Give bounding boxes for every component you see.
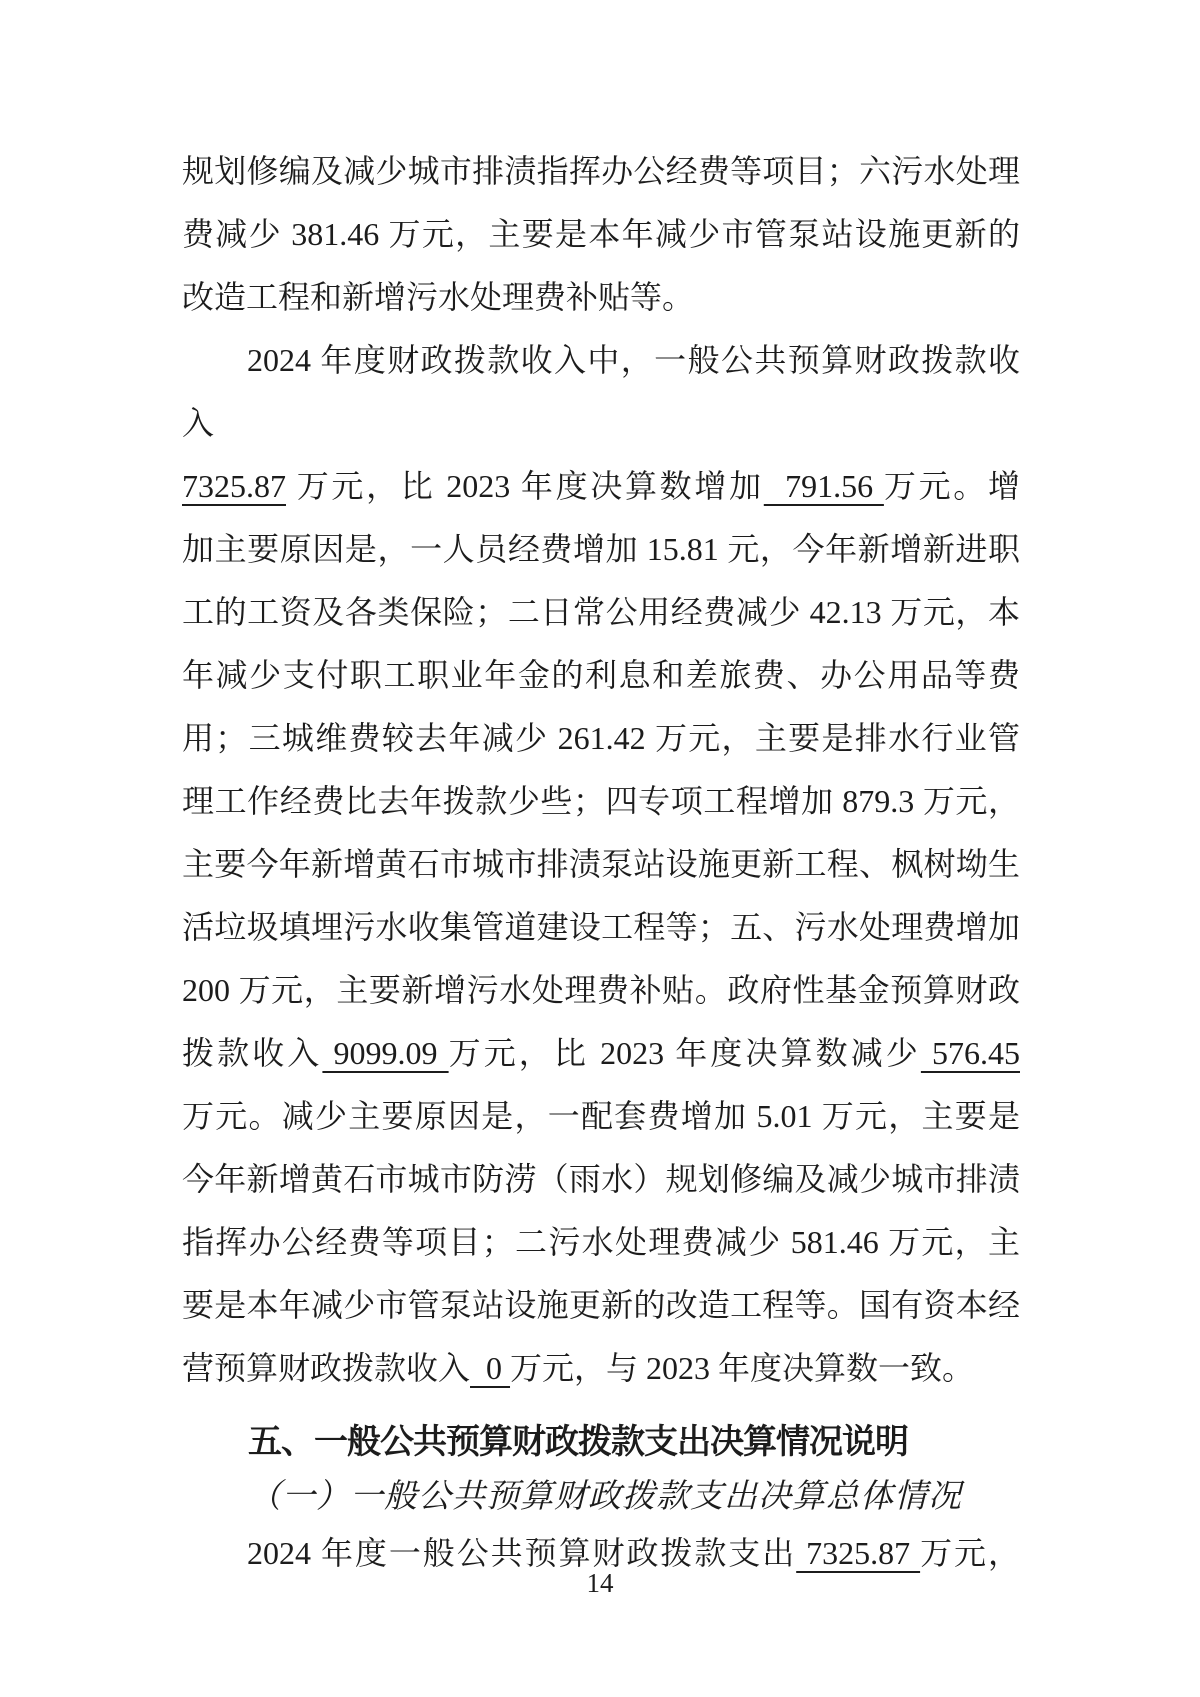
text-segment: 五、一般公共预算财政拨款支出决算情况说明 (248, 1423, 908, 1461)
text-line: 要是本年减少市管泵站设施更新的改造工程等。国有资本经 (182, 1274, 1020, 1337)
page-number: 14 (0, 1567, 1200, 1599)
text-segment: 万元，比 2023 年度决算数增加 (286, 468, 764, 504)
text-line: 万元。减少主要原因是，一配套费增加 5.01 万元，主要是 (182, 1085, 1020, 1148)
text-segment: 万元。增 (884, 468, 1020, 504)
text-segment: 拨款收入 (182, 1035, 322, 1071)
text-segment: 200 万元，主要新增污水处理费补贴。政府性基金预算财政 (182, 972, 1020, 1008)
text-segment: 工的工资及各类保险；二日常公用经费减少 42.13 万元，本 (182, 594, 1020, 630)
text-segment: 2024 年度财政拨款收入中，一般公共预算财政拨款收入 (182, 342, 1020, 441)
text-segment: 要是本年减少市管泵站设施更新的改造工程等。国有资本经 (182, 1287, 1020, 1323)
text-segment: 规划修编及减少城市排渍指挥办公经费等项目；六污水处理 (182, 153, 1020, 189)
underlined-value: 0 (470, 1350, 510, 1386)
text-segment: 用；三城维费较去年减少 261.42 万元，主要是排水行业管 (182, 720, 1020, 756)
text-line: 规划修编及减少城市排渍指挥办公经费等项目；六污水处理 (182, 140, 1020, 203)
text-line: 年减少支付职工职业年金的利息和差旅费、办公用品等费 (182, 644, 1020, 707)
document-content: 规划修编及减少城市排渍指挥办公经费等项目；六污水处理费减少 381.46 万元，… (182, 140, 1020, 1585)
section-heading: 五、一般公共预算财政拨款支出决算情况说明 (182, 1412, 1020, 1472)
underlined-value: 791.56 (764, 468, 884, 504)
text-line: 加主要原因是，一人员经费增加 15.81 元，今年新增新进职 (182, 518, 1020, 581)
underlined-value: 7325.87 (182, 468, 286, 504)
text-segment: 2024 年度一般公共预算财政拨款支出 (247, 1535, 796, 1571)
text-segment: 万元，比 2023 年度决算数减少 (449, 1035, 921, 1071)
text-line: 2024 年度财政拨款收入中，一般公共预算财政拨款收入 (182, 329, 1020, 455)
sub-section-heading: （一）一般公共预算财政拨款支出决算总体情况 (182, 1472, 1020, 1522)
text-line: 今年新增黄石市城市防涝（雨水）规划修编及减少城市排渍 (182, 1148, 1020, 1211)
text-line: 工的工资及各类保险；二日常公用经费减少 42.13 万元，本 (182, 581, 1020, 644)
text-segment: 费减少 381.46 万元，主要是本年减少市管泵站设施更新的 (182, 216, 1020, 252)
text-segment: 营预算财政拨款收入 (182, 1350, 470, 1386)
text-segment: （一）一般公共预算财政拨款支出决算总体情况 (248, 1479, 962, 1515)
text-line: 活垃圾填埋污水收集管道建设工程等；五、污水处理费增加 (182, 896, 1020, 959)
text-segment: 活垃圾填埋污水收集管道建设工程等；五、污水处理费增加 (182, 909, 1020, 945)
text-segment: 今年新增黄石市城市防涝（雨水）规划修编及减少城市排渍 (182, 1161, 1020, 1197)
text-segment: 加主要原因是，一人员经费增加 15.81 元，今年新增新进职 (182, 531, 1020, 567)
text-line: 用；三城维费较去年减少 261.42 万元，主要是排水行业管 (182, 707, 1020, 770)
text-segment: 主要今年新增黄石市城市排渍泵站设施更新工程、枫树坳生 (182, 846, 1020, 882)
underlined-value: 576.45 (921, 1035, 1020, 1071)
underlined-value: 7325.87 (796, 1535, 920, 1571)
text-line: 拨款收入 9099.09 万元，比 2023 年度决算数减少 576.45 (182, 1022, 1020, 1085)
text-segment: 指挥办公经费等项目；二污水处理费减少 581.46 万元，主 (182, 1224, 1020, 1260)
text-segment: 万元， (920, 1535, 1020, 1571)
text-line: 营预算财政拨款收入 0 万元，与 2023 年度决算数一致。 (182, 1337, 1020, 1400)
text-line: 主要今年新增黄石市城市排渍泵站设施更新工程、枫树坳生 (182, 833, 1020, 896)
document-page: 规划修编及减少城市排渍指挥办公经费等项目；六污水处理费减少 381.46 万元，… (0, 0, 1200, 1697)
text-line: 7325.87 万元，比 2023 年度决算数增加 791.56 万元。增 (182, 455, 1020, 518)
text-line: 理工作经费比去年拨款少些；四专项工程增加 879.3 万元， (182, 770, 1020, 833)
text-segment: 改造工程和新增污水处理费补贴等。 (182, 279, 694, 315)
text-segment: 万元，与 2023 年度决算数一致。 (510, 1350, 974, 1386)
underlined-value: 9099.09 (322, 1035, 448, 1071)
text-segment: 年减少支付职工职业年金的利息和差旅费、办公用品等费 (182, 657, 1020, 693)
text-line: 指挥办公经费等项目；二污水处理费减少 581.46 万元，主 (182, 1211, 1020, 1274)
text-line: 费减少 381.46 万元，主要是本年减少市管泵站设施更新的 (182, 203, 1020, 266)
text-line: 改造工程和新增污水处理费补贴等。 (182, 266, 1020, 329)
text-segment: 理工作经费比去年拨款少些；四专项工程增加 879.3 万元， (182, 783, 1020, 819)
text-segment: 万元。减少主要原因是，一配套费增加 5.01 万元，主要是 (182, 1098, 1020, 1134)
text-line: 200 万元，主要新增污水处理费补贴。政府性基金预算财政 (182, 959, 1020, 1022)
